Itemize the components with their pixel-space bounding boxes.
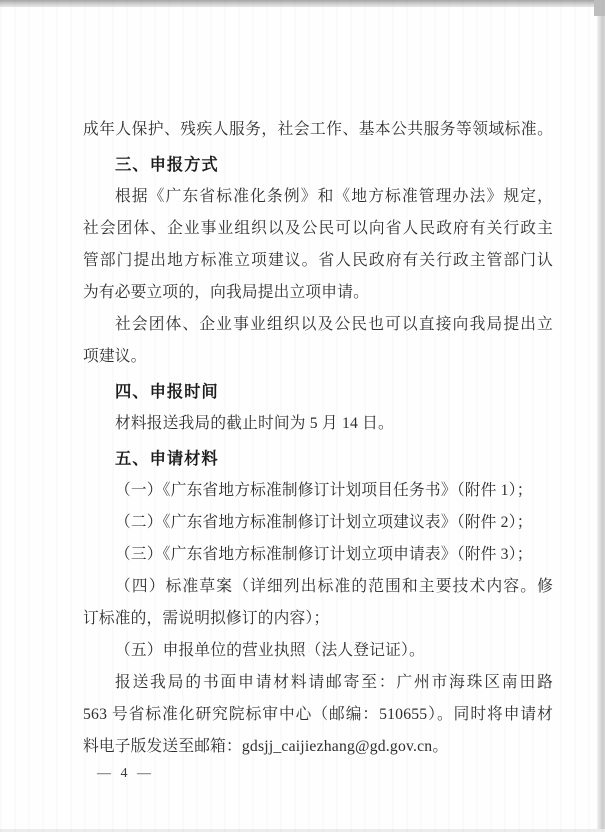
scan-edge-top xyxy=(0,0,605,7)
text-line: 订标准的，需说明拟修订的内容）； xyxy=(83,603,553,635)
text-line: （四）标准草案（详细列出标准的范围和主要技术内容。修 xyxy=(83,571,553,603)
section-heading: 三、申报方式 xyxy=(83,149,553,181)
text-line: 料电子版发送至邮箱：gdsjj_caijiezhang@gd.gov.cn。 xyxy=(83,731,553,763)
text-line: 社会团体、企业事业组织以及公民可以向省人民政府有关行政主 xyxy=(83,213,553,245)
text-line: 报送我局的书面申请材料请邮寄至：广州市海珠区南田路 xyxy=(83,667,553,699)
scan-edge-corner xyxy=(594,0,605,16)
text-line: （三）《广东省地方标准制修订计划立项申请表》（附件 3）； xyxy=(83,539,553,571)
text-line: 563 号省标准化研究院标审中心（邮编：510655）。同时将申请材 xyxy=(83,699,553,731)
text-line: （五）申报单位的营业执照（法人登记证）。 xyxy=(83,635,553,667)
text-line: 项建议。 xyxy=(83,341,553,373)
page-number: — 4 — xyxy=(97,766,154,782)
text-line: 根据《广东省标准化条例》和《地方标准管理办法》规定， xyxy=(83,181,553,213)
section-heading: 四、申报时间 xyxy=(83,376,553,408)
text-line: （一）《广东省地方标准制修订计划项目任务书》（附件 1）； xyxy=(83,475,553,507)
text-line: 材料报送我局的截止时间为 5 月 14 日。 xyxy=(83,408,553,440)
text-line: 为有必要立项的，向我局提出立项申请。 xyxy=(83,277,553,309)
text-line: 社会团体、企业事业组织以及公民也可以直接向我局提出立 xyxy=(83,309,553,341)
text-line: 管部门提出地方标准立项建议。省人民政府有关行政主管部门认 xyxy=(83,245,553,277)
text-line: （二）《广东省地方标准制修订计划立项建议表》（附件 2）； xyxy=(83,507,553,539)
text-line: 成年人保护、残疾人服务，社会工作、基本公共服务等领域标准。 xyxy=(83,114,553,146)
document-body: 成年人保护、残疾人服务，社会工作、基本公共服务等领域标准。三、申报方式根据《广东… xyxy=(83,114,553,763)
section-heading: 五、申请材料 xyxy=(83,443,553,475)
scan-edge-right xyxy=(597,4,605,832)
